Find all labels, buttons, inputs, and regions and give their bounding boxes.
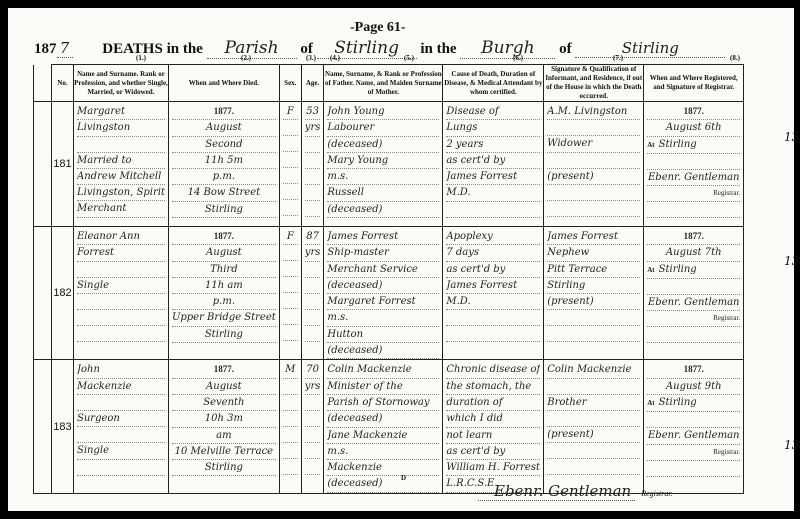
parents-cell-line: (deceased) [327,202,439,218]
death-year: 1877. [172,229,276,245]
parents-cell-line: Colin Mackenzie [327,362,439,378]
when-cell-line: August [172,245,276,261]
margin-note: 13 [784,438,799,452]
when-cell-line: Upper Bridge Street [172,310,276,326]
when-cell-line: p.m. [172,294,276,310]
parents-cell-line: (deceased) [327,137,439,153]
margin-header [34,65,52,102]
informant-cell-line: (present) [547,427,640,443]
cause-cell-line [446,202,540,218]
header-registered: When and Where Registered, and Signature… [644,65,744,102]
informant-cell-line: James Forrest [547,229,640,245]
cause-cell-line: Disease of [446,104,540,120]
when-cell-line: 11h 5m [172,153,276,169]
name-cell-line: John [77,362,165,378]
register-page: -Page 61- 1877 DEATHS in the Parish of S… [8,8,794,511]
when-cell-line: Stirling [172,202,276,218]
name-cell: MargaretLivingstonMarried toAndrew Mitch… [74,102,169,227]
column-number: (4.) [330,54,340,62]
cause-cell-line: Chronic disease of [446,362,540,378]
cause-cell-line: James Forrest [446,169,540,185]
informant-cell-line [547,326,640,342]
when-cell-line: August [172,379,276,395]
informant-cell-line [547,459,640,475]
when-cell-line: Stirling [172,460,276,476]
registrar-signature: Ebenr. Gentleman [647,295,740,311]
cause-cell-line [446,310,540,326]
when-cell-line: 14 Bow Street [172,185,276,201]
parents-cell-line: James Forrest [327,229,439,245]
page-number: -Page 61- [350,20,406,36]
parents-cell-line: Merchant Service [327,262,439,278]
death-year: 1877. [172,362,276,378]
name-cell-line: Eleanor Ann [77,229,165,245]
cause-cell-line: Apoplexy [446,229,540,245]
age-value: 70 [305,362,321,378]
header-age: Age. [301,65,324,102]
column-number: (7.) [613,54,623,62]
name-cell: JohnMackenzieSurgeonSingle [74,360,169,493]
sex-value: F [283,104,298,120]
age-cell: 53yrs [301,102,324,227]
name-cell-line: Livingston [77,120,165,136]
informant-cell-line [547,201,640,217]
parents-cell-line: Minister of the [327,379,439,395]
registered-date: August 7th [647,245,740,261]
margin-cell [34,360,52,493]
cause-cell: Apoplexy7 daysas cert'd byJames ForrestM… [443,227,544,360]
cause-cell-line: duration of [446,395,540,411]
margin-cell [34,227,52,360]
burgh-word: Burgh [460,38,555,59]
informant-cell-line: (present) [547,169,640,185]
sex-value: M [283,362,298,378]
registrar-label: Registrar. [641,489,672,498]
registrar-signature: Ebenr. Gentleman [647,428,740,444]
name-cell-line: Single [77,443,165,459]
death-register-table: No. Name and Surname. Rank or Profession… [33,64,744,494]
sex-cell: F [279,102,301,227]
cause-cell-line: as cert'd by [446,262,540,278]
registered-cell: 1877.August 9thAtStirlingEbenr. Gentlema… [644,360,744,493]
column-number: (3.) [306,54,316,62]
header-informant: Signature & Qualification of Informant, … [544,65,644,102]
when-cell-line: Seventh [172,395,276,411]
entry-number: 182 [52,227,74,360]
cause-cell-line [446,326,540,342]
parents-cell-line: Ship-master [327,245,439,261]
table-row: 183JohnMackenzieSurgeonSingle1877.August… [34,360,744,493]
registrar-label: Registrar. [647,311,740,327]
parents-cell-line: m.s. [327,310,439,326]
header-when: When and Where Died. [168,65,279,102]
when-cell-line: Third [172,262,276,278]
margin-cell [34,102,52,227]
at-label: At [647,399,654,407]
header-no: No. [52,65,74,102]
sex-cell: F [279,227,301,360]
cause-cell-line: William H. Forrest [446,460,540,476]
registered-year: 1877. [647,362,740,378]
table-row: 181MargaretLivingstonMarried toAndrew Mi… [34,102,744,227]
informant-cell-line: Widower [547,136,640,152]
registered-date: August 9th [647,379,740,395]
when-cell-line: 11h am [172,278,276,294]
title-text: DEATHS in the [102,41,203,58]
header-parents: Name, Surname, & Rank or Profession of F… [324,65,443,102]
registrar-signature: Ebenr. Gentleman [647,170,740,186]
header-cause: Cause of Death, Duration of Disease, & M… [443,65,544,102]
informant-cell-line: Brother [547,395,640,411]
informant-cell-line: (present) [547,294,640,310]
parents-cell-line: Russell [327,185,439,201]
parents-cell-line: Jane Mackenzie [327,428,439,444]
name-cell-line: Merchant [77,201,165,217]
informant-cell-line: Nephew [547,245,640,261]
informant-cell: A.M. LivingstonWidower(present) [544,102,644,227]
parents-cell: John YoungLabourer(deceased)Mary Youngm.… [324,102,443,227]
informant-cell: James ForrestNephewPitt TerraceStirling(… [544,227,644,360]
informant-cell: Colin MackenzieBrother(present) [544,360,644,493]
name-cell-line: Margaret [77,104,165,120]
entry-number: 181 [52,102,74,227]
when-cell: 1877.AugustSeventh10h 3mam10 Melville Te… [168,360,279,493]
parents-cell-line: m.s. [327,444,439,460]
when-cell-line: 10h 3m [172,411,276,427]
informant-cell-line [547,120,640,136]
registered-year: 1877. [647,229,740,245]
when-cell: 1877.AugustThird11h amp.m.Upper Bridge S… [168,227,279,360]
parents-cell-line: John Young [327,104,439,120]
at-label: At [647,141,654,149]
name-cell-line [77,460,165,476]
when-cell-line: p.m. [172,169,276,185]
when-cell-line: Stirling [172,327,276,343]
parents-cell-line: Mary Young [327,153,439,169]
name-cell-line [77,326,165,342]
column-number: (8.) [730,54,740,62]
header-sex: Sex. [279,65,301,102]
name-cell-line [77,310,165,326]
parents-cell-line: m.s. [327,169,439,185]
when-cell: 1877.AugustSecond11h 5mp.m.14 Bow Street… [168,102,279,227]
when-cell-line: August [172,120,276,136]
name-cell: Eleanor AnnForrestSingle [74,227,169,360]
age-unit: yrs [305,245,321,261]
header-name: Name and Surname. Rank or Profession, an… [74,65,169,102]
cause-cell-line: M.D. [446,185,540,201]
registrar-signature: Ebenr. Gentleman [478,482,635,501]
age-cell: 87yrs [301,227,324,360]
sex-cell: M [279,360,301,493]
informant-cell-line: Stirling [547,278,640,294]
when-cell-line: am [172,428,276,444]
cause-cell-line: James Forrest [446,278,540,294]
header-row: No. Name and Surname. Rank or Profession… [34,65,744,102]
name-cell-line: Married to [77,153,165,169]
entry-number: 183 [52,360,74,493]
parents-cell-line: Labourer [327,120,439,136]
parents-cell: Colin MackenzieMinister of theParish of … [324,360,443,493]
at-label: At [647,266,654,274]
cause-cell-line: 2 years [446,137,540,153]
when-cell-line: 10 Melville Terrace [172,444,276,460]
cause-cell-line: which I did [446,411,540,427]
cause-cell: Disease ofLungs2 yearsas cert'd byJames … [443,102,544,227]
name-cell-line: Forrest [77,245,165,261]
informant-cell-line [547,310,640,326]
informant-cell-line [547,153,640,169]
registered-cell: 1877.August 6thAtStirlingEbenr. Gentlema… [644,102,744,227]
when-cell-line: Second [172,137,276,153]
informant-cell-line [547,411,640,427]
name-cell-line [77,262,165,278]
parents-cell-line: Hutton [327,327,439,343]
registered-place: Stirling [659,139,697,150]
parish-word: Parish [207,38,297,59]
registrar-label: Registrar. [647,445,740,461]
parents-cell-line: Margaret Forrest [327,294,439,310]
cause-cell-line: Lungs [446,120,540,136]
year-suffix: 7 [57,39,73,58]
age-unit: yrs [305,379,321,395]
registered-cell: 1877.August 7thAtStirlingEbenr. Gentlema… [644,227,744,360]
column-number: (1.) [136,54,146,62]
name-cell-line: Surgeon [77,411,165,427]
informant-cell-line: Colin Mackenzie [547,362,640,378]
of-text-2: of [559,41,572,58]
informant-cell-line [547,185,640,201]
cause-cell-line: not learn [446,428,540,444]
parents-cell-line: (deceased) [327,343,439,359]
parents-cell-line: (deceased) [327,476,439,492]
age-cell: 70yrs [301,360,324,493]
registrar-signature-line: Ebenr. GentlemanRegistrar. [478,482,673,501]
column-number: (5.) [404,54,414,62]
cause-cell-line: M.D. [446,294,540,310]
parents-cell-line: Mackenzie [327,460,439,476]
parents-cell: James ForrestShip-masterMerchant Service… [324,227,443,360]
sex-value: F [283,229,298,245]
registered-place: Stirling [659,264,697,275]
age-value: 87 [305,229,321,245]
cause-cell-line: the stomach, the [446,379,540,395]
column-number: (6.) [513,54,523,62]
registered-year: 1877. [647,104,740,120]
parents-cell-line: (deceased) [327,278,439,294]
column-number: (2.) [241,54,251,62]
cause-cell-line: as cert'd by [446,444,540,460]
death-year: 1877. [172,104,276,120]
registrar-label: Registrar. [647,186,740,202]
margin-note: 13 [784,130,799,144]
name-cell-line [77,294,165,310]
parents-cell-line: (deceased) [327,411,439,427]
margin-note: 13 [784,254,799,268]
registered-place: Stirling [659,397,697,408]
year-prefix: 187 [34,41,57,58]
name-cell-line: Andrew Mitchell [77,169,165,185]
age-unit: yrs [305,120,321,136]
cause-cell-line: 7 days [446,245,540,261]
in-the-text: in the [420,41,456,58]
name-cell-line [77,137,165,153]
name-cell-line: Livingston, Spirit [77,185,165,201]
informant-cell-line [547,443,640,459]
informant-cell-line: A.M. Livingston [547,104,640,120]
name-cell-line [77,395,165,411]
cause-cell-line: as cert'd by [446,153,540,169]
informant-cell-line [547,379,640,395]
name-cell-line: Single [77,278,165,294]
name-cell-line: Mackenzie [77,379,165,395]
table-row: 182Eleanor AnnForrestSingle1877.AugustTh… [34,227,744,360]
informant-cell-line: Pitt Terrace [547,262,640,278]
age-value: 53 [305,104,321,120]
cause-cell: Chronic disease ofthe stomach, thedurati… [443,360,544,493]
parents-cell-line: Parish of Stornoway [327,395,439,411]
page-marker: D [401,474,406,482]
registered-date: August 6th [647,120,740,136]
burgh-name: Stirling [575,39,725,58]
name-cell-line [77,427,165,443]
